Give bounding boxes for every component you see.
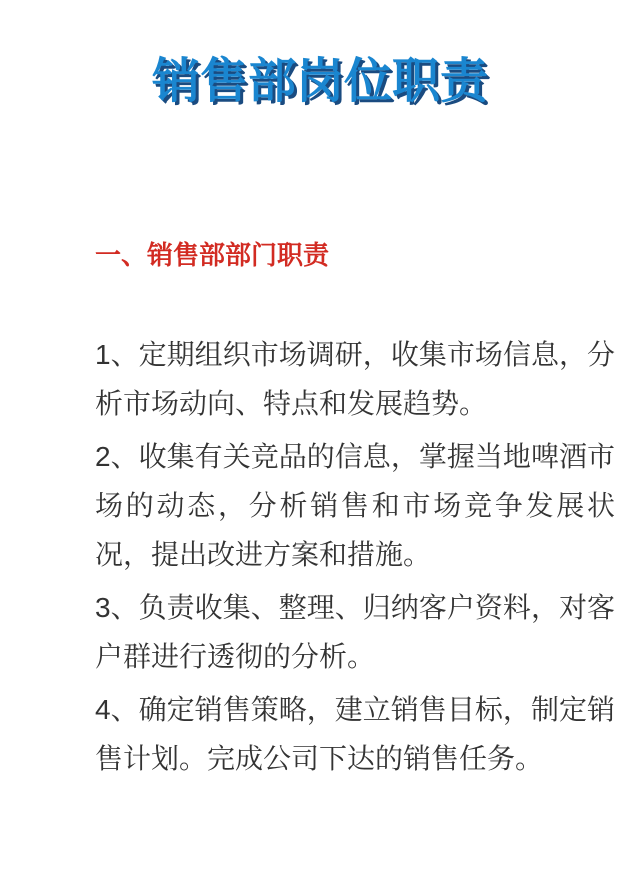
section-heading: 一、销售部部门职责 <box>95 238 640 272</box>
paragraph-1: 1、定期组织市场调研，收集市场信息，分析市场动向、特点和发展趋势。 <box>95 330 615 428</box>
paragraph-3: 3、负责收集、整理、归纳客户资料，对客户群进行透彻的分析。 <box>95 583 615 681</box>
paragraph-2: 2、收集有关竞品的信息，掌握当地啤酒市场的动态，分析销售和市场竞争发展状况，提出… <box>95 432 615 579</box>
page-title: 销售部岗位职责 <box>0 54 640 110</box>
document-page: 销售部岗位职责 一、销售部部门职责 1、定期组织市场调研，收集市场信息，分析市场… <box>0 0 640 870</box>
section-body: 1、定期组织市场调研，收集市场信息，分析市场动向、特点和发展趋势。 2、收集有关… <box>95 330 615 783</box>
paragraph-4: 4、确定销售策略，建立销售目标，制定销售计划。完成公司下达的销售任务。 <box>95 685 615 783</box>
